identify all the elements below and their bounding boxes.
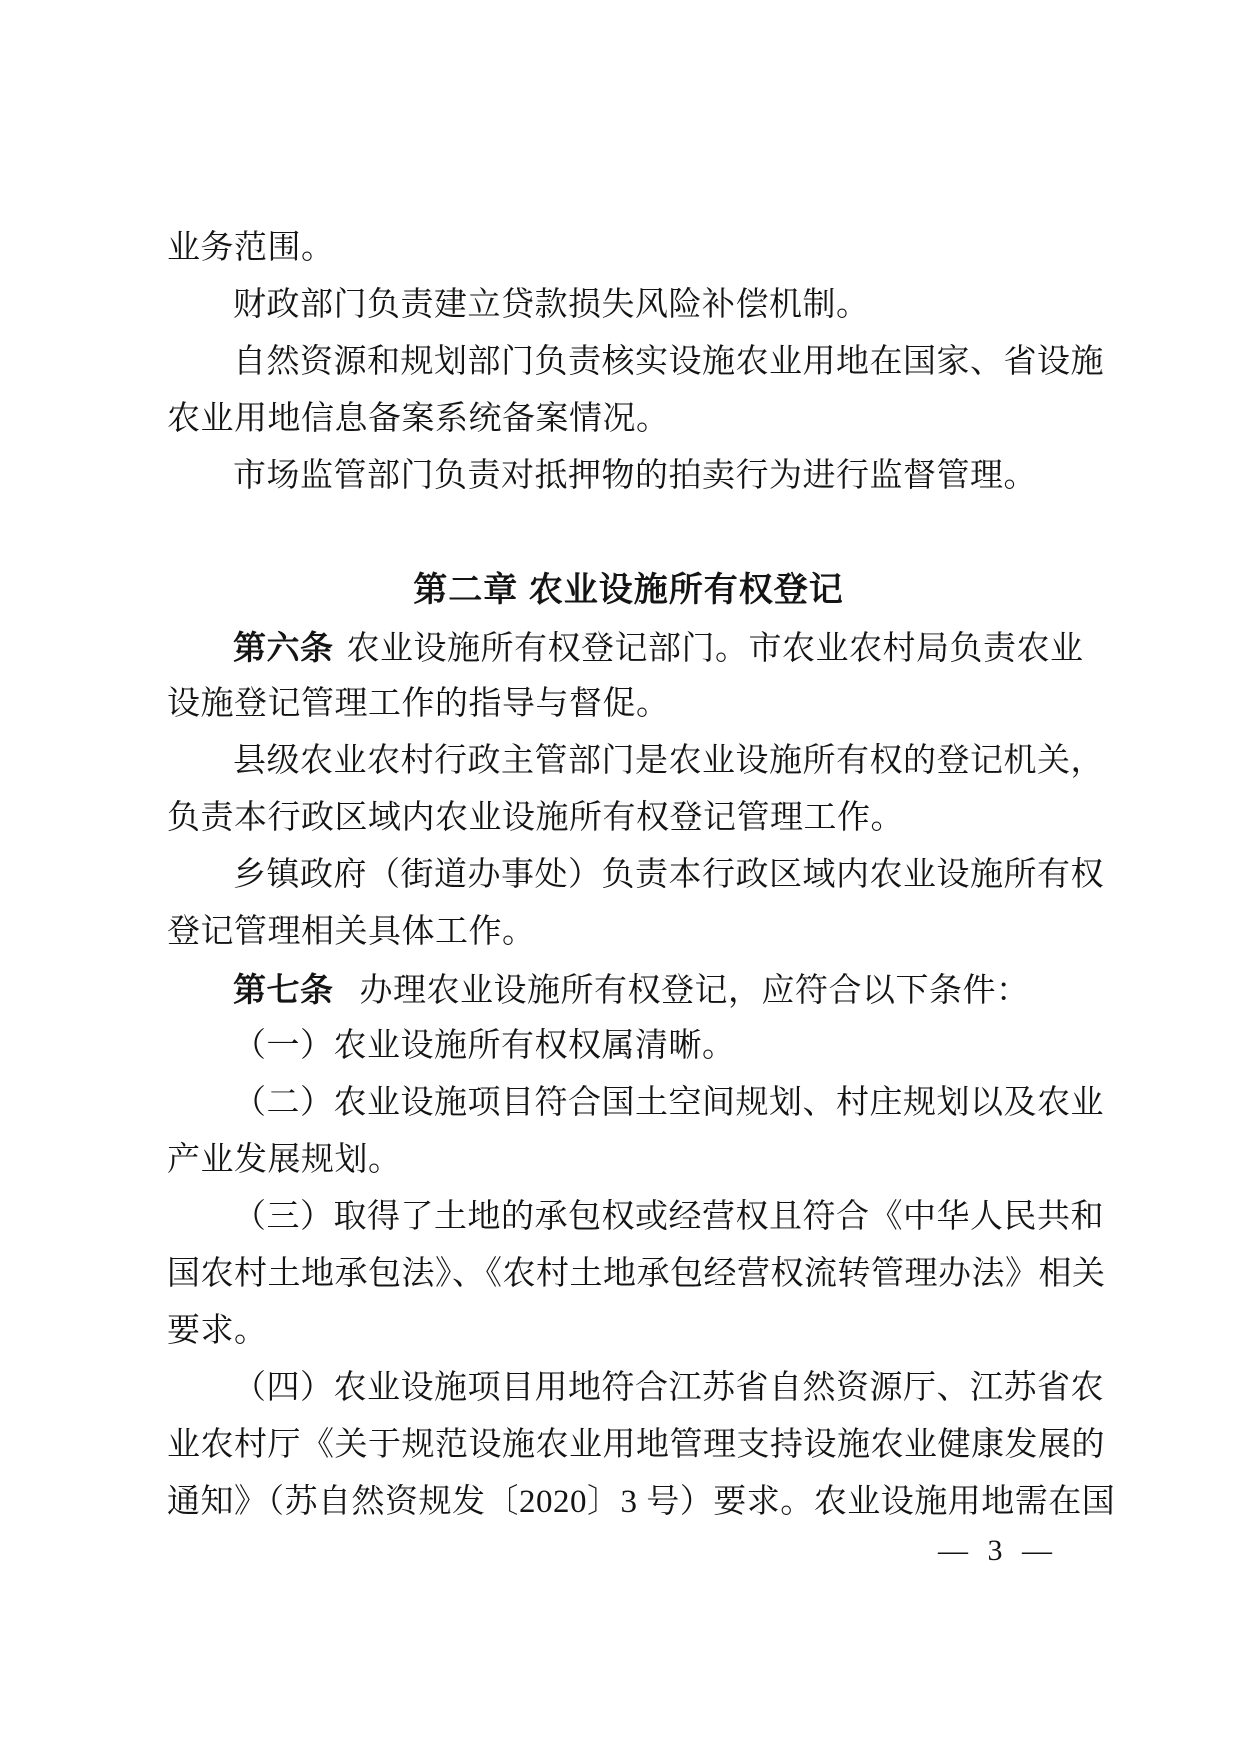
document-line: 产业发展规划。	[167, 1132, 1090, 1189]
article-number: 第七条	[233, 971, 334, 1008]
document-line: 通知》（苏自然资规发〔2020〕3 号）要求。农业设施用地需在国	[167, 1474, 1090, 1531]
document-body: 业务范围。 财政部门负责建立贷款损失风险补偿机制。 自然资源和规划部门负责核实设…	[167, 220, 1090, 1531]
document-line: 财政部门负责建立贷款损失风险补偿机制。	[167, 277, 1090, 334]
document-line: （四）农业设施项目用地符合江苏省自然资源厅、江苏省农	[167, 1360, 1090, 1417]
page-number: — 3 —	[938, 1533, 1058, 1569]
document-line: 登记管理相关具体工作。	[167, 904, 1090, 961]
document-line: 业农村厅《关于规范设施农业用地管理支持设施农业健康发展的	[167, 1417, 1090, 1474]
article-text: 办理农业设施所有权登记，应符合以下条件：	[360, 973, 1030, 1009]
article-text: 农业设施所有权登记部门。市农业农村局负责农业	[347, 631, 1084, 667]
document-line: 县级农业农村行政主管部门是农业设施所有权的登记机关，	[167, 733, 1090, 790]
document-page: 业务范围。 财政部门负责建立贷款损失风险补偿机制。 自然资源和规划部门负责核实设…	[0, 0, 1240, 1754]
document-line: 市场监管部门负责对抵押物的拍卖行为进行监督管理。	[167, 448, 1090, 505]
document-line: 设施登记管理工作的指导与督促。	[167, 676, 1090, 733]
article-line: 第六条农业设施所有权登记部门。市农业农村局负责农业	[167, 619, 1090, 676]
document-line: 乡镇政府（街道办事处）负责本行政区域内农业设施所有权	[167, 847, 1090, 904]
document-line: 自然资源和规划部门负责核实设施农业用地在国家、省设施	[167, 334, 1090, 391]
document-line: 农业用地信息备案系统备案情况。	[167, 391, 1090, 448]
document-line: 国农村土地承包法》、《农村土地承包经营权流转管理办法》相关	[167, 1246, 1090, 1303]
document-line: （一）农业设施所有权权属清晰。	[167, 1018, 1090, 1075]
document-line: （三）取得了土地的承包权或经营权且符合《中华人民共和	[167, 1189, 1090, 1246]
chapter-heading: 第二章 农业设施所有权登记	[167, 562, 1090, 619]
article-number: 第六条	[233, 629, 334, 666]
document-line: 业务范围。	[167, 220, 1090, 277]
document-line: 负责本行政区域内农业设施所有权登记管理工作。	[167, 790, 1090, 847]
document-line: （二）农业设施项目符合国土空间规划、村庄规划以及农业	[167, 1075, 1090, 1132]
blank-line	[167, 505, 1090, 562]
document-line: 要求。	[167, 1303, 1090, 1360]
article-line: 第七条办理农业设施所有权登记，应符合以下条件：	[167, 961, 1090, 1018]
